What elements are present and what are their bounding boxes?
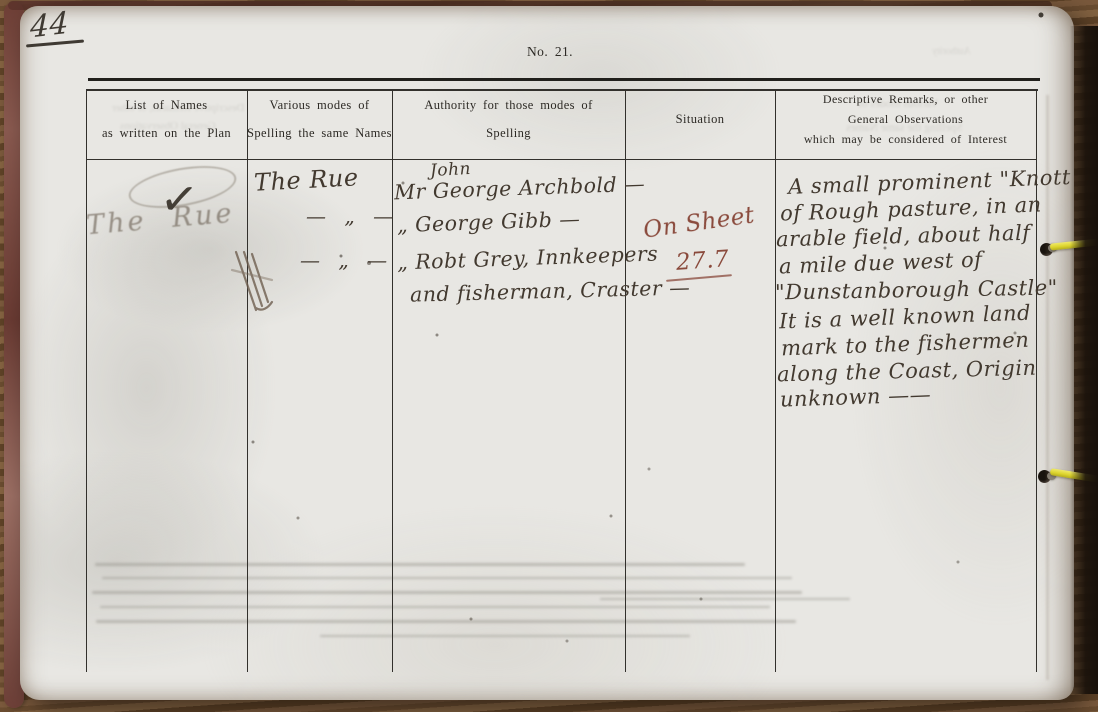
header-remarks: General Observations: [775, 112, 1036, 127]
showthrough-streak: [96, 620, 796, 623]
header-list-of-names: as written on the Plan: [86, 126, 247, 141]
table-rule-top-thin: [86, 89, 1038, 91]
header-situation: Situation: [625, 112, 775, 127]
header-various-modes: Various modes of: [247, 98, 392, 113]
pencil-scribble-mark: [222, 246, 282, 316]
header-various-modes: Spelling the same Names: [247, 126, 392, 141]
page-number: 44: [30, 5, 70, 45]
header-authority: Authority for those modes of: [392, 98, 625, 113]
header-list-of-names: List of Names: [86, 98, 247, 113]
column-divider: [775, 89, 776, 672]
situation-sheet-number: 27.7: [675, 246, 730, 276]
spelling-ditto: — „ —: [300, 248, 393, 272]
page-edge-crease: [1046, 95, 1049, 680]
showthrough-streak: [100, 606, 770, 608]
spelling-entry: The Rue: [253, 163, 359, 196]
showthrough-streak: [600, 598, 850, 600]
showthrough-streak: [95, 563, 745, 566]
table-border-left: [86, 89, 87, 672]
table-header-separator: [86, 159, 1036, 160]
spelling-ditto: — „ —: [306, 204, 399, 228]
showthrough-streak: [320, 635, 690, 637]
photo-right-shadow: [1070, 26, 1098, 694]
header-authority: Spelling: [392, 126, 625, 141]
column-divider: [247, 89, 248, 672]
showthrough-streak: [102, 577, 792, 579]
paper-specks: [0, 0, 2, 2]
form-number: No. 21.: [500, 44, 600, 60]
table-rule-top-thick: [88, 78, 1040, 81]
showthrough-streak: [92, 591, 802, 594]
name-book-photo: Descriptive Remarks, or other General Ob…: [0, 0, 1098, 712]
header-remarks: which may be considered of Interest: [775, 132, 1036, 147]
header-remarks: Descriptive Remarks, or other: [775, 92, 1036, 107]
column-divider: [392, 89, 393, 672]
showthrough-text: Authority: [932, 46, 971, 57]
